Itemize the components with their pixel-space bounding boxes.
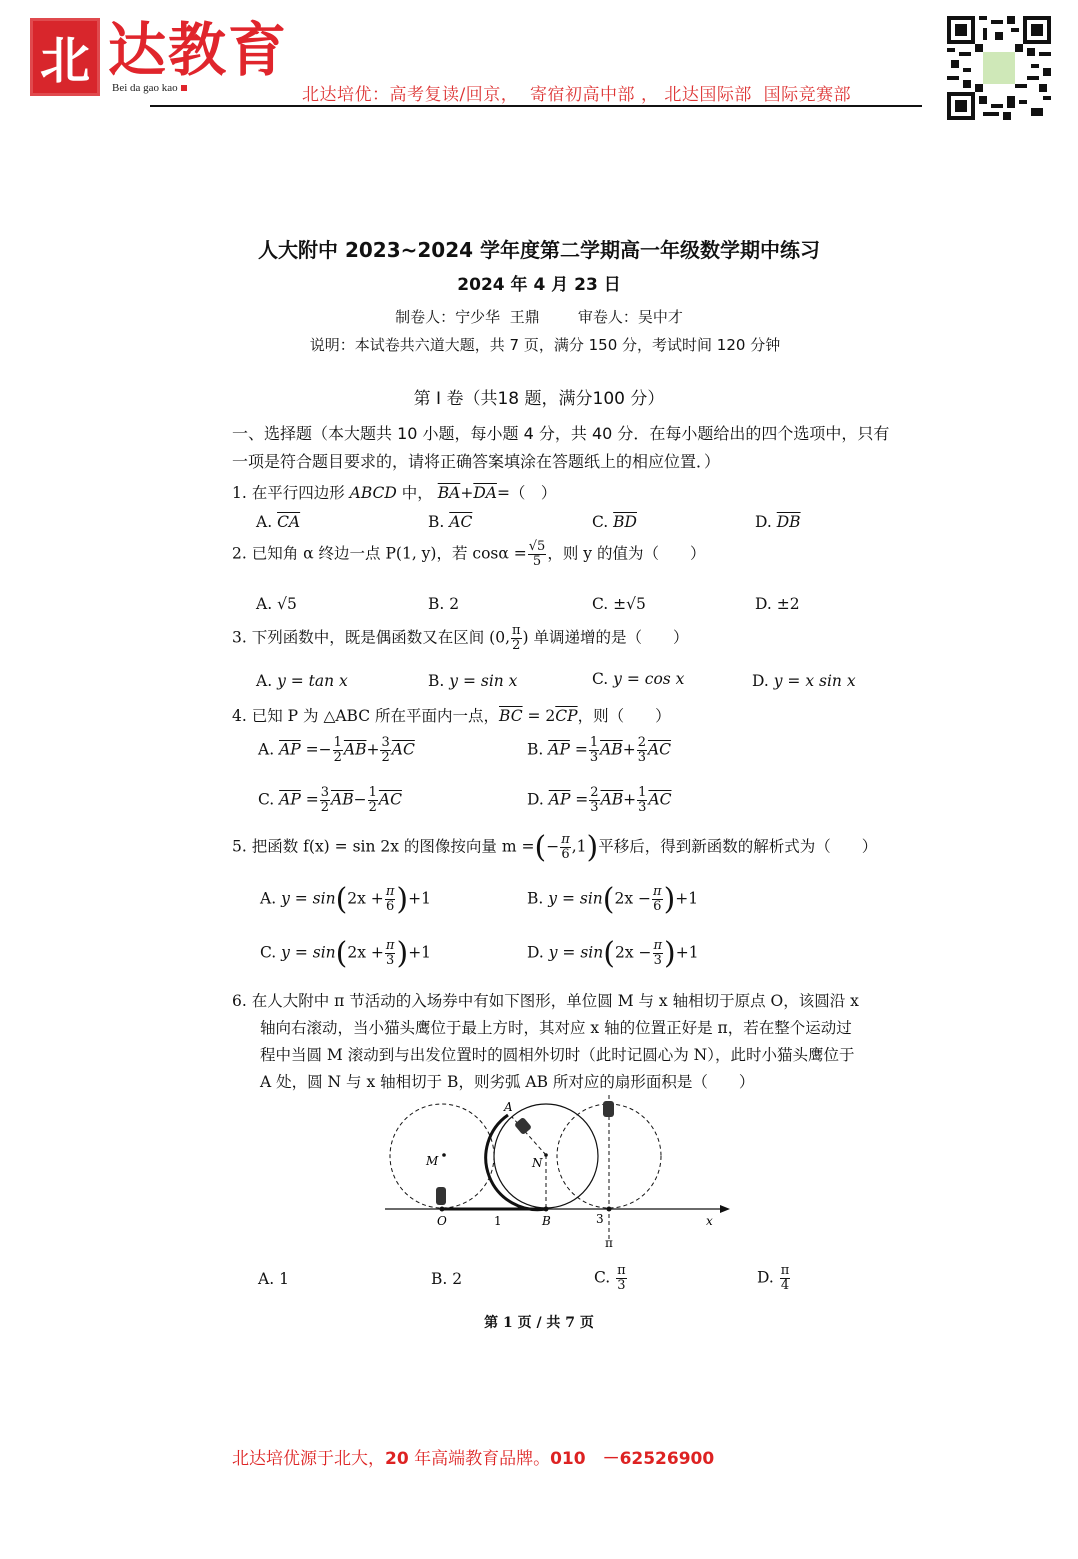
fraction-numerator: √5 <box>528 540 547 555</box>
fraction-numerator: π <box>511 624 522 639</box>
fraction: 12 <box>368 786 378 815</box>
vector: AP <box>548 741 570 759</box>
option-label: D. <box>527 791 544 809</box>
option-value: 2 <box>452 1270 462 1288</box>
option-value: CA <box>277 513 300 531</box>
option-4-a[interactable]: A. AP =−12AB+32AC <box>258 736 415 765</box>
exam-note: 说明：本试卷共六道大题，共 7 页，满分 150 分，考试时间 120 分钟 <box>0 334 1078 355</box>
question-6: 6. 在人大附中 π 节活动的入场券中有如下图形，单位圆 M 与 x 轴相切于原… <box>232 988 859 1096</box>
footer-ad-phone: 010 －62526900 <box>550 1449 714 1469</box>
svg-text:N: N <box>531 1156 543 1170</box>
svg-text:A: A <box>503 1100 513 1114</box>
fraction-numerator: 1 <box>333 736 343 751</box>
question-stem: 下列函数中，既是偶函数又在区间 (0, <box>252 629 510 647</box>
fraction: 13 <box>637 786 647 815</box>
vector: AP <box>279 741 301 759</box>
option-3-a[interactable]: A. y = tan x <box>256 672 348 690</box>
logo-subtitle-text: Bei da gao kao <box>112 82 178 94</box>
paren: ) <box>664 936 676 971</box>
fraction: π2 <box>511 624 522 653</box>
fraction-denominator: 3 <box>589 751 599 765</box>
sign: − <box>319 741 332 759</box>
option-label: A. <box>256 595 272 613</box>
option-value: √5 <box>277 595 297 613</box>
header-slogan: 北达培优：高考复读/回京， 寄宿初高中部 ， 北达国际部 国际竞赛部 <box>302 80 851 105</box>
svg-text:B: B <box>541 1214 551 1228</box>
fraction-numerator: 2 <box>589 786 599 801</box>
option-6-d[interactable]: D. π4 <box>757 1264 791 1293</box>
logo-mark: 北 <box>30 18 100 96</box>
question-stem: 在平行四边形 <box>252 484 350 502</box>
paren: ) <box>396 882 408 917</box>
option-expr: +1 <box>676 944 699 962</box>
fraction-denominator: 2 <box>380 751 390 765</box>
option-label: B. <box>527 741 543 759</box>
fraction-denominator: 6 <box>652 900 663 914</box>
qr-code-icon[interactable] <box>947 16 1051 120</box>
option-label: A. <box>256 672 272 690</box>
option-label: C. <box>260 944 276 962</box>
option-value: ±2 <box>777 595 800 613</box>
exam-title: 人大附中 2023~2024 学年度第二学期高一年级数学期中练习 <box>0 234 1078 263</box>
question-3: 3. 下列函数中，既是偶函数又在区间 (0,π2) 单调递增的是（ ） <box>232 624 689 653</box>
option-label: B. <box>428 672 444 690</box>
footer-ad-text: 北达培优源于北大， <box>232 1449 385 1469</box>
option-expr: y = sin <box>281 890 336 908</box>
option-value: DB <box>777 513 801 531</box>
question-stem: ，则 y 的值为（ ） <box>547 545 705 563</box>
svg-text:π: π <box>605 1236 613 1250</box>
fraction-denominator: 3 <box>589 801 599 815</box>
fraction-denominator: 6 <box>560 848 571 862</box>
svg-text:O: O <box>437 1214 447 1228</box>
vector: AP <box>549 791 571 809</box>
question-1: 1. 在平行四边形 ABCD 中， BA+DA=（ ） <box>232 481 556 503</box>
option-2-c[interactable]: C. ±√5 <box>592 595 646 613</box>
option-1-a[interactable]: A. CA <box>256 513 300 531</box>
fraction-denominator: 5 <box>528 555 547 569</box>
fraction: π6 <box>560 833 571 862</box>
question-number: 4. <box>232 707 247 725</box>
operator: + <box>366 741 379 759</box>
fraction-denominator: 2 <box>333 751 343 765</box>
exam-date: 2024 年 4 月 23 日 <box>0 270 1078 295</box>
option-5-d[interactable]: D. y = sin(2x −π3)+1 <box>527 936 699 971</box>
svg-text:1: 1 <box>494 1214 502 1228</box>
question-number: 2. <box>232 545 247 563</box>
fraction-denominator: 4 <box>780 1279 791 1293</box>
operator: + <box>623 741 636 759</box>
paren: ) <box>587 830 599 865</box>
option-4-b[interactable]: B. AP =13AB+23AC <box>527 736 671 765</box>
fraction-numerator: π <box>616 1264 627 1279</box>
option-label: A. <box>258 1270 274 1288</box>
question-stem: 把函数 f(x) = sin 2x 的图像按向量 m = <box>252 838 535 856</box>
question-stem-italic: ABCD <box>350 484 397 502</box>
page-indicator: 第 1 页 / 共 7 页 <box>0 1312 1078 1332</box>
option-value: AC <box>449 513 472 531</box>
fraction: 23 <box>589 786 599 815</box>
label-m: M <box>425 1154 439 1168</box>
option-label: D. <box>755 513 772 531</box>
option-3-d[interactable]: D. y = x sin x <box>752 672 856 690</box>
option-value: BD <box>613 513 637 531</box>
vector: AB <box>331 791 354 809</box>
question-4: 4. 已知 P 为 △ABC 所在平面内一点，BC = 2CP，则（ ） <box>232 704 671 726</box>
option-value: y = tan x <box>277 672 348 690</box>
option-label: D. <box>752 672 769 690</box>
header-divider <box>150 105 922 107</box>
option-3-b[interactable]: B. y = sin x <box>428 672 517 690</box>
fraction-denominator: 3 <box>637 751 647 765</box>
option-expr: y = sin <box>549 944 604 962</box>
paren: ) <box>396 936 408 971</box>
vector: AC <box>379 791 402 809</box>
option-expr: +1 <box>408 944 431 962</box>
paren: ) <box>664 882 676 917</box>
operator: + <box>460 484 473 502</box>
option-label: D. <box>755 595 772 613</box>
option-1-d[interactable]: D. DB <box>755 513 801 531</box>
option-3-c[interactable]: C. y = cos x <box>592 670 684 688</box>
question-stem-line: 轴向右滚动，当小猫头鹰位于最上方时，其对应 x 轴的位置正好是 π，若在整个运动… <box>232 1015 859 1042</box>
option-label: A. <box>256 513 272 531</box>
vector: AP <box>279 791 301 809</box>
operator: + <box>623 791 636 809</box>
fraction-numerator: 3 <box>380 736 390 751</box>
fraction: π3 <box>616 1264 627 1293</box>
vector: AB <box>600 741 623 759</box>
option-label: D. <box>757 1269 774 1287</box>
vector: AC <box>648 791 671 809</box>
section-heading: 一、选择题（本大题共 10 小题，每小题 4 分，共 40 分．在每小题给出的四… <box>232 420 882 476</box>
option-2-a[interactable]: A. √5 <box>256 595 297 613</box>
fraction-numerator: 1 <box>589 736 599 751</box>
fraction: π4 <box>780 1264 791 1293</box>
exam-authors: 制卷人：宁少华 王鼎 审卷人：吴中才 <box>0 306 1078 327</box>
paren: ( <box>336 936 348 971</box>
option-value: ±√5 <box>613 595 646 613</box>
logo-name: 达教育 <box>108 14 288 86</box>
option-value: y = cos x <box>613 670 684 688</box>
fraction: π6 <box>385 885 396 914</box>
fraction-denominator: 3 <box>616 1279 627 1293</box>
logo-mark-text: 北 <box>40 21 90 93</box>
option-value: y = x sin x <box>774 672 856 690</box>
logo-subtitle: Bei da gao kao <box>112 82 187 94</box>
option-label: B. <box>527 890 543 908</box>
option-label: B. <box>428 595 444 613</box>
fraction-numerator: 1 <box>368 786 378 801</box>
footer-ad-text: 年高端教育品牌。 <box>409 1449 550 1469</box>
question-stem: ) 单调递增的是（ ） <box>523 629 689 647</box>
question-5: 5. 把函数 f(x) = sin 2x 的图像按向量 m =(−π6,1)平移… <box>232 830 877 865</box>
question-stem-line: A 处，圆 N 与 x 轴相切于 B，则劣弧 AB 所对应的扇形面积是（ ） <box>232 1069 859 1096</box>
vector: AB <box>601 791 624 809</box>
option-expr: +1 <box>408 890 431 908</box>
vector: CP <box>555 707 577 725</box>
paren: ( <box>603 882 615 917</box>
footer-ad-years: 20 <box>385 1449 409 1469</box>
option-label: C. <box>594 1269 610 1287</box>
option-label: B. <box>431 1270 447 1288</box>
fraction: 32 <box>380 736 390 765</box>
fraction: 23 <box>637 736 647 765</box>
option-expr: 2x − <box>615 944 652 962</box>
question-stem: 平移后，得到新函数的解析式为（ ） <box>598 838 877 856</box>
question-2: 2. 已知角 α 终边一点 P(1, y)，若 cosα =√55，则 y 的值… <box>232 540 705 569</box>
fraction-denominator: 3 <box>637 801 647 815</box>
option-label: B. <box>428 513 444 531</box>
fraction-denominator: 2 <box>511 639 522 653</box>
option-5-b[interactable]: B. y = sin(2x −π6)+1 <box>527 882 698 917</box>
sign: − <box>546 838 559 856</box>
operator: − <box>354 791 367 809</box>
rolling-circle-figure: M N A O 1 B 3 x π <box>380 1095 740 1255</box>
option-value: 1 <box>279 1270 289 1288</box>
section-heading-line-2: 一项是符合题目要求的，请将正确答案填涂在答题纸上的相应位置．） <box>232 448 882 476</box>
option-2-b[interactable]: B. 2 <box>428 595 459 613</box>
option-2-d[interactable]: D. ±2 <box>755 595 800 613</box>
fraction-numerator: π <box>653 939 664 954</box>
part-heading: 第 I 卷（共18 题，满分100 分） <box>0 384 1078 409</box>
option-label: A. <box>260 890 276 908</box>
fraction-numerator: 2 <box>637 736 647 751</box>
question-number: 5. <box>232 838 247 856</box>
fraction-numerator: 3 <box>320 786 330 801</box>
fraction: π3 <box>385 939 396 968</box>
option-6-c[interactable]: C. π3 <box>594 1264 628 1293</box>
option-5-c[interactable]: C. y = sin(2x +π3)+1 <box>260 936 431 971</box>
fraction-numerator: π <box>780 1264 791 1279</box>
option-expr: 2x + <box>347 890 384 908</box>
question-number: 3. <box>232 629 247 647</box>
vector: AC <box>392 741 415 759</box>
option-expr: 2x + <box>347 944 384 962</box>
fraction-denominator: 6 <box>385 900 396 914</box>
option-expr: y = sin <box>548 890 603 908</box>
footer-ad: 北达培优源于北大，20 年高端教育品牌。010 －62526900 <box>232 1444 714 1469</box>
paren: ( <box>336 882 348 917</box>
question-number: 6. <box>232 992 247 1010</box>
fraction-numerator: π <box>385 885 396 900</box>
option-4-c[interactable]: C. AP =32AB−12AC <box>258 786 402 815</box>
fraction: π3 <box>653 939 664 968</box>
option-label: C. <box>592 513 608 531</box>
fraction-denominator: 2 <box>368 801 378 815</box>
option-value: y = sin x <box>449 672 517 690</box>
fraction-numerator: 1 <box>637 786 647 801</box>
fraction: √55 <box>528 540 547 569</box>
vector: AC <box>648 741 671 759</box>
question-stem: ，则（ ） <box>578 707 671 725</box>
red-square-icon <box>181 85 187 91</box>
option-label: C. <box>592 595 608 613</box>
fraction: π6 <box>652 885 663 914</box>
fraction-numerator: π <box>652 885 663 900</box>
option-6-b[interactable]: B. 2 <box>431 1270 462 1288</box>
vector: BA <box>438 484 461 502</box>
option-label: C. <box>592 670 608 688</box>
question-stem-line: 程中当圆 M 滚动到与出发位置时的圆相外切时（此时记圆心为 N），此时小猫头鹰位… <box>232 1042 859 1069</box>
question-stem: 已知 P 为 △ABC 所在平面内一点， <box>252 707 499 725</box>
option-label: A. <box>258 741 274 759</box>
fraction-denominator: 3 <box>653 954 664 968</box>
option-5-a[interactable]: A. y = sin(2x +π6)+1 <box>260 882 431 917</box>
fraction: 32 <box>320 786 330 815</box>
option-1-b[interactable]: B. AC <box>428 513 472 531</box>
option-value: 2 <box>449 595 459 613</box>
option-1-c[interactable]: C. BD <box>592 513 637 531</box>
paren: ( <box>603 936 615 971</box>
fraction: 12 <box>333 736 343 765</box>
question-stem: 已知角 α 终边一点 P(1, y)，若 cosα = <box>252 545 527 563</box>
option-4-d[interactable]: D. AP =23AB+13AC <box>527 786 672 815</box>
svg-text:3: 3 <box>596 1212 604 1226</box>
question-number: 1. <box>232 484 247 502</box>
fraction: 13 <box>589 736 599 765</box>
option-6-a[interactable]: A. 1 <box>258 1270 289 1288</box>
answer-blank: =（ ） <box>497 484 557 502</box>
fraction-denominator: 3 <box>385 954 396 968</box>
question-stem-line: 在人大附中 π 节活动的入场券中有如下图形，单位圆 M 与 x 轴相切于原点 O… <box>252 992 859 1010</box>
vector-component: ,1 <box>572 838 587 856</box>
operator: = 2 <box>523 707 556 725</box>
option-label: C. <box>258 791 274 809</box>
option-expr: +1 <box>675 890 698 908</box>
vector: BC <box>499 707 523 725</box>
vector: DA <box>473 484 497 502</box>
fraction-denominator: 2 <box>320 801 330 815</box>
option-expr: 2x − <box>614 890 651 908</box>
vector: AB <box>344 741 367 759</box>
option-label: D. <box>527 944 544 962</box>
fraction-numerator: π <box>385 939 396 954</box>
option-expr: y = sin <box>281 944 336 962</box>
paren: ( <box>534 830 546 865</box>
section-heading-line-1: 一、选择题（本大题共 10 小题，每小题 4 分，共 40 分．在每小题给出的四… <box>232 420 882 448</box>
svg-text:x: x <box>706 1214 713 1228</box>
question-stem: 中， <box>397 484 433 502</box>
fraction-numerator: π <box>560 833 571 848</box>
